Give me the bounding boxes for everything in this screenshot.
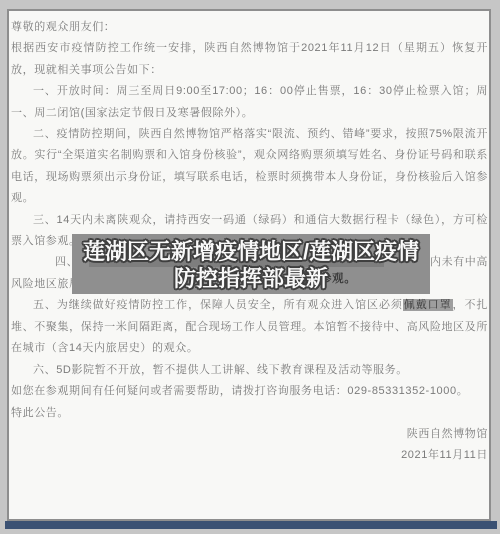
salutation: 尊敬的观众朋友们： <box>11 17 488 38</box>
item-5-highlighted-text: 佩戴口罩 <box>403 299 453 311</box>
overlay-headline: 莲湖区无新增疫情地区/莲湖区疫情 防控指挥部最新 <box>72 238 430 292</box>
screenshot-canvas: 尊敬的观众朋友们： 根据西安市疫情防控工作统一安排，陕西自然博物馆于2021年1… <box>0 0 500 534</box>
overlay-headline-line-1: 莲湖区无新增疫情地区/莲湖区疫情 <box>72 238 430 265</box>
overlay-headline-line-2: 防控指挥部最新 <box>72 265 430 292</box>
notice-page: 尊敬的观众朋友们： 根据西安市疫情防控工作统一安排，陕西自然博物馆于2021年1… <box>7 9 491 521</box>
help-hotline-line: 如您在参观期间有任何疑问或者需要帮助，请拨打咨询服务电话：029-8533135… <box>11 381 488 402</box>
item-6-services-suspended: 六、5D影院暂不开放，暂不提供人工讲解、线下教育课程及活动等服务。 <box>11 360 488 381</box>
intro-paragraph: 根据西安市疫情防控工作统一安排，陕西自然博物馆于2021年11月12日（星期五）… <box>11 38 488 81</box>
item-1-opening-hours: 一、开放时间：周三至周日9:00至17:00；16：00停止售票，16：30停止… <box>11 81 488 124</box>
item-5-text-before: 五、为继续做好疫情防控工作，保障人员安全，所有观众进入馆区必须 <box>33 299 403 311</box>
item-2-ticketing: 二、疫情防控期间，陕西自然博物馆严格落实“限流、预约、错峰”要求，按照75%限流… <box>11 124 488 210</box>
signature: 陕西自然博物馆 <box>11 424 488 445</box>
date: 2021年11月11日 <box>11 445 488 466</box>
item-5-mask-rule: 五、为继续做好疫情防控工作，保障人员安全，所有观众进入馆区必须佩戴口罩，不扎堆、… <box>11 295 488 359</box>
navy-footer-bar <box>5 521 497 529</box>
closing-line: 特此公告。 <box>11 403 488 424</box>
